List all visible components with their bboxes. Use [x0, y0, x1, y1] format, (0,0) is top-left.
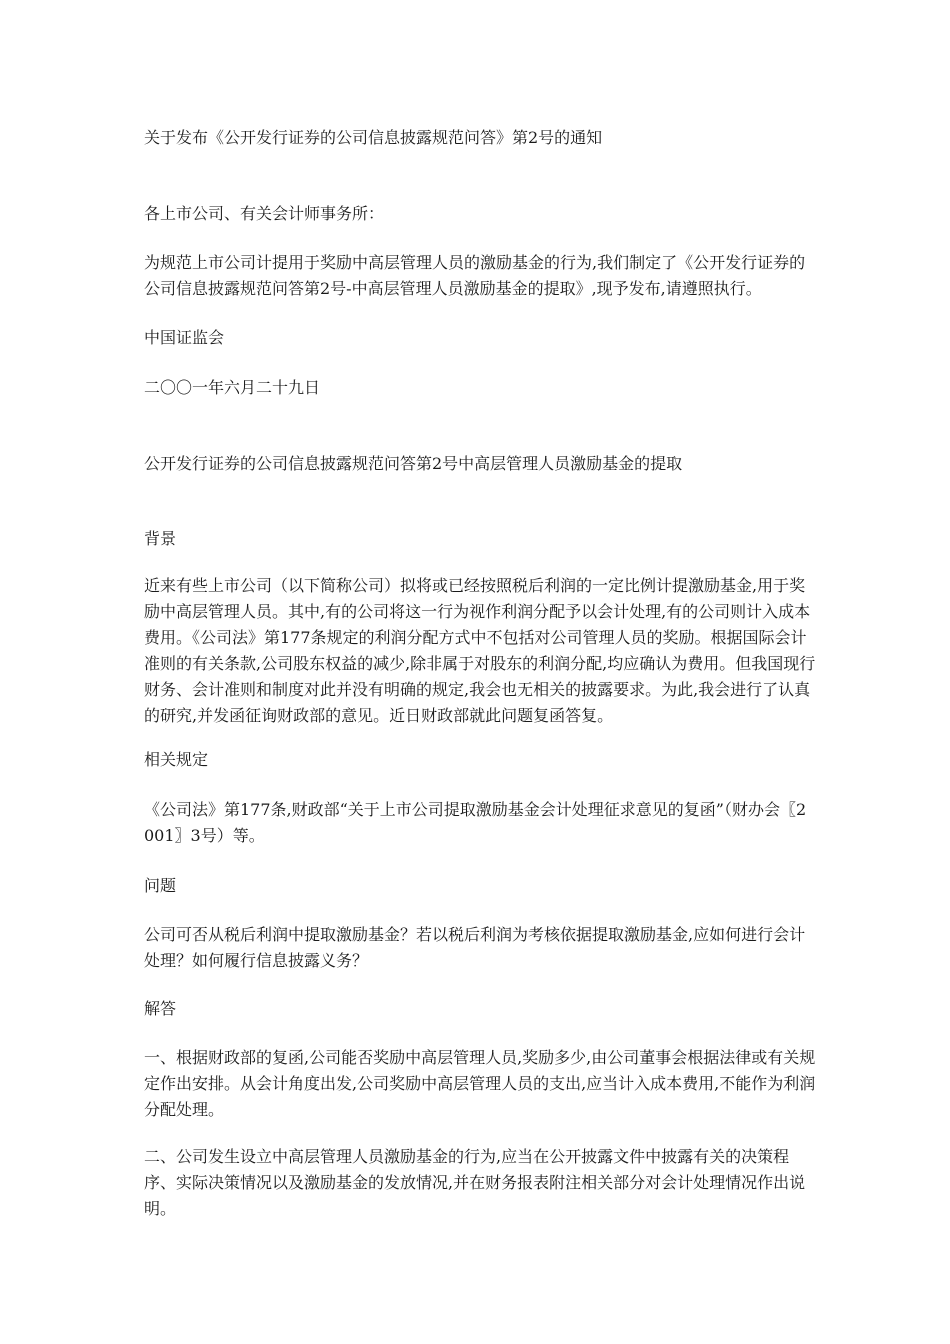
section-heading-regulations: 相关规定 [144, 747, 816, 773]
document-subtitle: 公开发行证券的公司信息披露规范问答第2号中高层管理人员激励基金的提取 [144, 451, 816, 477]
section-body-background: 近来有些上市公司（以下简称公司）拟将或已经按照税后利润的一定比例计提激励基金,用… [144, 573, 816, 729]
answer-item-1: 一、根据财政部的复函,公司能否奖励中高层管理人员,奖励多少,由公司董事会根据法律… [144, 1045, 816, 1123]
document-page: 关于发布《公开发行证券的公司信息披露规范问答》第2号的通知 各上市公司、有关会计… [0, 0, 950, 1344]
answer-item-2: 二、公司发生设立中高层管理人员激励基金的行为,应当在公开披露文件中披露有关的决策… [144, 1144, 816, 1222]
issuer: 中国证监会 [144, 325, 816, 351]
intro-paragraph: 为规范上市公司计提用于奖励中高层管理人员的激励基金的行为,我们制定了《公开发行证… [144, 250, 816, 302]
notice-title: 关于发布《公开发行证券的公司信息披露规范问答》第2号的通知 [144, 125, 816, 151]
section-heading-answer: 解答 [144, 996, 816, 1022]
section-heading-background: 背景 [144, 526, 816, 552]
salutation: 各上市公司、有关会计师事务所： [144, 201, 816, 227]
issue-date: 二〇〇一年六月二十九日 [144, 375, 816, 401]
section-heading-question: 问题 [144, 873, 816, 899]
section-body-question: 公司可否从税后利润中提取激励基金？若以税后利润为考核依据提取激励基金,应如何进行… [144, 922, 816, 974]
section-body-regulations: 《公司法》第177条,财政部“关于上市公司提取激励基金会计处理征求意见的复函”（… [144, 797, 816, 849]
